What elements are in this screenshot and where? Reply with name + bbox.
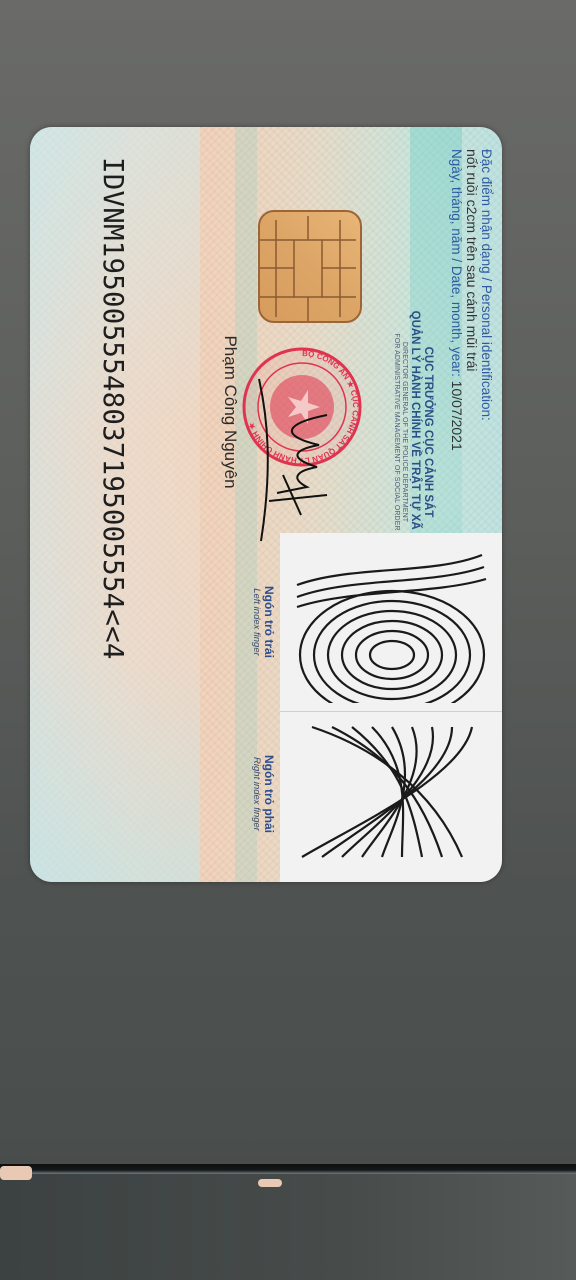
id-card: Đặc điểm nhận dạng / Personal identifica… <box>30 127 502 882</box>
issue-date: 10/07/2021 <box>449 381 465 451</box>
left-index-fingerprint-icon <box>292 545 492 703</box>
personal-identification-label-vi: Đặc điểm nhận dạng <box>479 149 494 274</box>
table-edge <box>0 1164 576 1174</box>
date-label-en: Date, month, year: <box>449 266 464 377</box>
left-finger-label: Ngón trỏ trái Left index finger <box>251 537 276 707</box>
mrz-line-1: IDVNM1950055548037195005554<<4 <box>95 157 130 867</box>
table-surface-lower <box>0 1174 576 1280</box>
signer-name: Phạm Công Nguyên <box>220 282 240 542</box>
left-finger-label-en: Left index finger <box>251 537 262 707</box>
right-finger-label: Ngón trỏ phải Right index finger <box>251 709 276 879</box>
id-card-back: Đặc điểm nhận dạng / Personal identifica… <box>30 127 502 882</box>
machine-readable-zone: IDVNM1950055548037195005554<<4 9512254F3… <box>30 157 200 867</box>
personal-identification-label-en: Personal identification: <box>479 285 494 421</box>
smart-chip-icon <box>258 210 362 323</box>
personal-identification-value: nốt ruồi c2cm trên sau cánh mũi trái <box>464 149 479 449</box>
right-finger-label-vi: Ngón trỏ phải <box>262 709 276 879</box>
fingerprint-divider <box>280 711 502 712</box>
signature <box>247 375 347 545</box>
personal-identification-block: Đặc điểm nhận dạng / Personal identifica… <box>449 149 494 589</box>
surface-chip-mark <box>0 1166 32 1180</box>
surface-chip-mark <box>258 1179 282 1187</box>
date-label-vi: Ngày, tháng, năm <box>449 149 464 255</box>
left-finger-label-vi: Ngón trỏ trái <box>262 537 276 707</box>
right-finger-label-en: Right index finger <box>251 709 262 879</box>
fingerprint-panel <box>280 533 502 882</box>
right-index-fingerprint-icon <box>292 717 492 867</box>
